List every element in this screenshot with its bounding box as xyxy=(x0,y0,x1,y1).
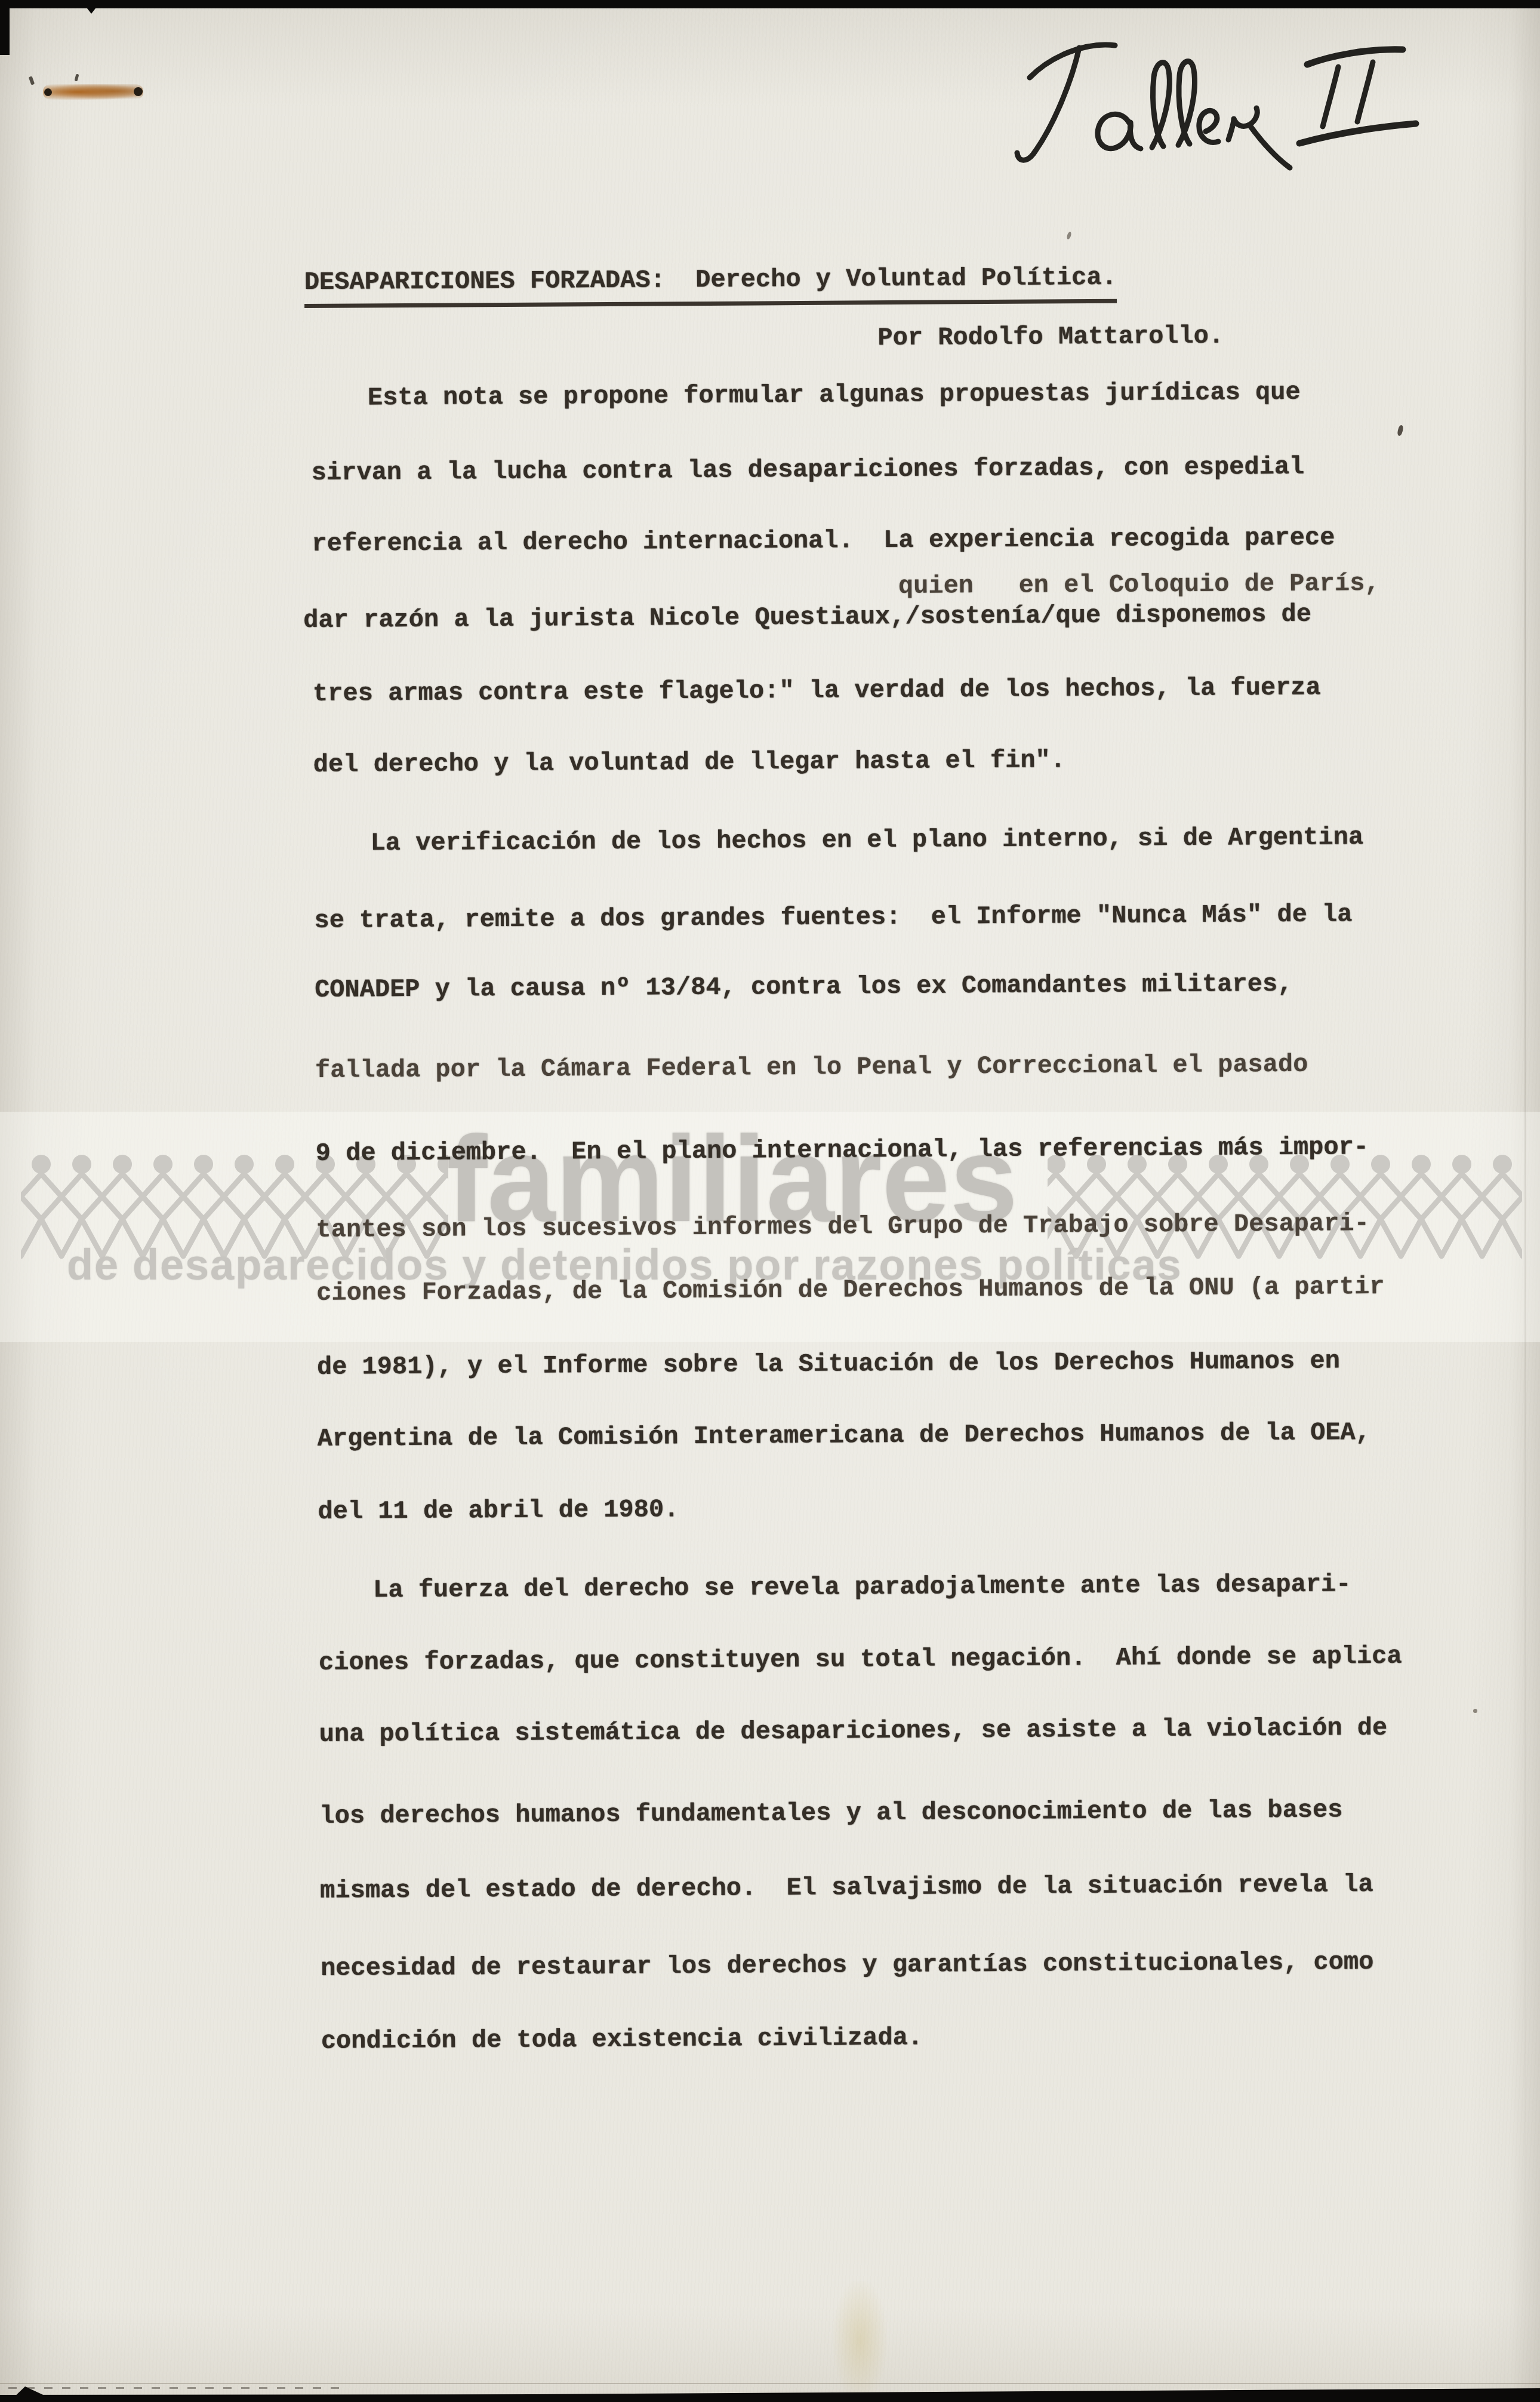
typed-line: ciones forzadas, que constituyen su tota… xyxy=(319,1641,1402,1678)
typed-line: tres armas contra este flagelo:" la verd… xyxy=(313,673,1321,709)
typed-line: La fuerza del derecho se revela paradoja… xyxy=(373,1569,1351,1605)
rust-staple-stain xyxy=(43,84,143,100)
stray-ink-mark xyxy=(1473,1709,1477,1713)
typed-line: referencia al derecho internacional. La … xyxy=(312,522,1335,558)
typed-line: Esta nota se propone formular algunas pr… xyxy=(368,377,1301,413)
paper-fold-line xyxy=(1524,36,1526,2364)
ink-dot xyxy=(134,87,143,96)
typed-line: una política sistemática de desaparicion… xyxy=(319,1713,1388,1749)
typed-line: sirvan a la lucha contra las desaparicio… xyxy=(312,452,1305,488)
typed-line: condición de toda existencia civilizada. xyxy=(321,2023,923,2056)
ink-dot xyxy=(44,88,52,96)
typed-line: tantes son los sucesivos informes del Gr… xyxy=(316,1208,1369,1245)
document-byline: Por Rodolfo Mattarollo. xyxy=(877,321,1224,353)
typed-line: Argentina de la Comisión Interamericana … xyxy=(318,1417,1371,1454)
typed-line: ciones Forzadas, de la Comisión de Derec… xyxy=(316,1272,1385,1308)
typed-line: necesidad de restaurar los derechos y ga… xyxy=(321,1947,1374,1983)
typed-line: de 1981), y el Informe sobre la Situació… xyxy=(317,1346,1340,1382)
typed-text-block: DESAPARICIONES FORZADAS: Derecho y Volun… xyxy=(0,0,1540,2402)
typed-line: los derechos humanos fundamentales y al … xyxy=(319,1795,1342,1831)
typed-insertion-line: quien en el Coloquio de París, xyxy=(898,568,1380,601)
typed-line: del derecho y la voluntad de llegar hast… xyxy=(313,745,1066,780)
typed-line: fallada por la Cámara Federal en lo Pena… xyxy=(315,1050,1308,1085)
handwritten-annotation xyxy=(973,5,1439,196)
typed-line: mismas del estado de derecho. El salvaji… xyxy=(320,1869,1373,1906)
typed-line: 9 de diciembre. En el plano internaciona… xyxy=(316,1132,1369,1168)
typed-line: se trata, remite a dos grandes fuentes: … xyxy=(314,899,1352,936)
typed-line: del 11 de abril de 1980. xyxy=(318,1494,679,1527)
scan-edge-bottom xyxy=(0,2378,1540,2402)
typed-line: dar razón a la jurista Nicole Questiaux,… xyxy=(303,599,1311,635)
typed-line: CONADEP y la causa nº 13/84, contra los … xyxy=(315,969,1293,1005)
typed-line: La verificación de los hechos en el plan… xyxy=(370,822,1363,858)
scan-edge-left xyxy=(0,0,10,55)
scanned-document-page: familiares de desaparecidos y detenidos … xyxy=(0,0,1540,2402)
scan-edge-notch xyxy=(87,8,96,14)
scan-edge-top xyxy=(0,0,1540,8)
document-title: DESAPARICIONES FORZADAS: Derecho y Volun… xyxy=(304,263,1117,308)
